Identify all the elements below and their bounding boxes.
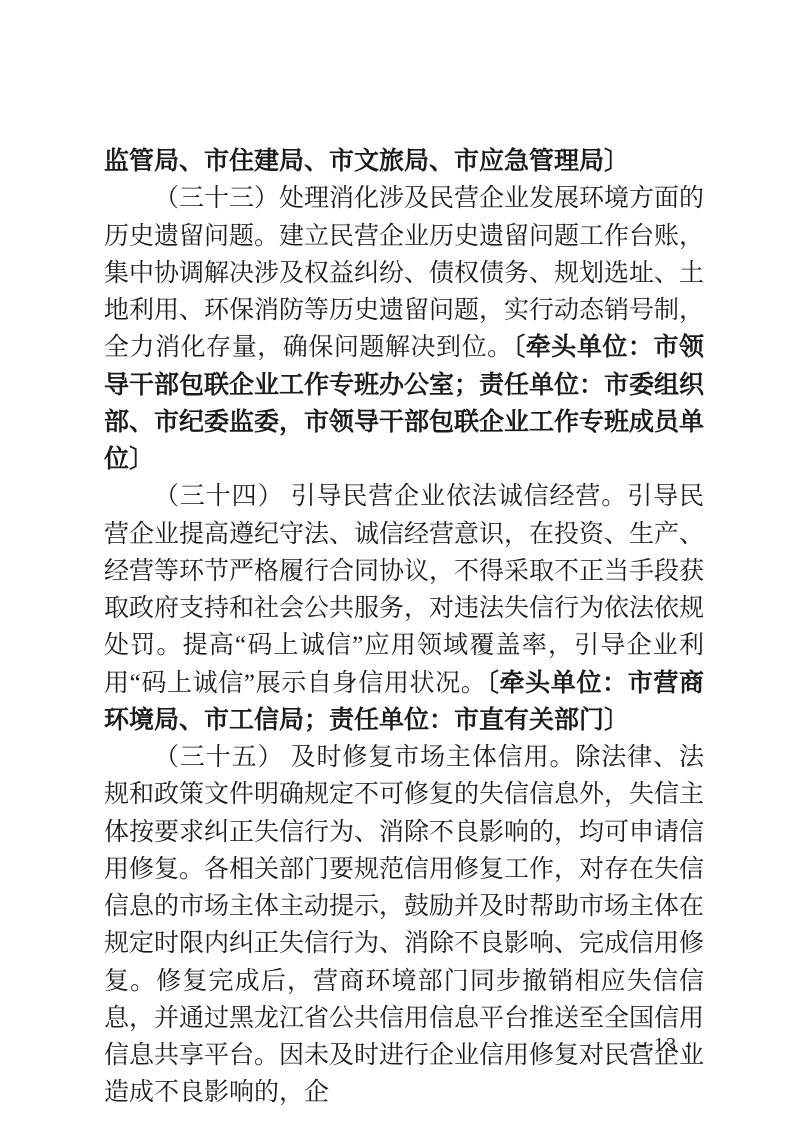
text-run: （三十五） 及时修复市场主体信用。除法律、法规和政策文件明确规定不可修复的失信信… bbox=[104, 744, 704, 1106]
paragraph-units-continuation: 监管局、市住建局、市文旅局、市应急管理局〕 bbox=[104, 143, 704, 180]
paragraph-item-33: （三十三）处理消化涉及民营企业发展环境方面的历史遗留问题。建立民营企业历史遗留问… bbox=[104, 180, 704, 478]
bold-text-run: 监管局、市住建局、市文旅局、市应急管理局〕 bbox=[104, 147, 629, 175]
document-body: 监管局、市住建局、市文旅局、市应急管理局〕（三十三）处理消化涉及民营企业发展环境… bbox=[104, 143, 704, 1112]
paragraph-item-34: （三十四） 引导民营企业依法诚信经营。引导民营企业提高遵纪守法、诚信经营意识，在… bbox=[104, 478, 704, 739]
document-page: 监管局、市住建局、市文旅局、市应急管理局〕（三十三）处理消化涉及民营企业发展环境… bbox=[0, 0, 793, 1122]
paragraph-item-35: （三十五） 及时修复市场主体信用。除法律、法规和政策文件明确规定不可修复的失信信… bbox=[104, 739, 704, 1112]
text-run: （三十四） 引导民营企业依法诚信经营。引导民营企业提高遵纪守法、诚信经营意识，在… bbox=[104, 483, 704, 696]
page-number: - 13 - bbox=[618, 1032, 714, 1058]
